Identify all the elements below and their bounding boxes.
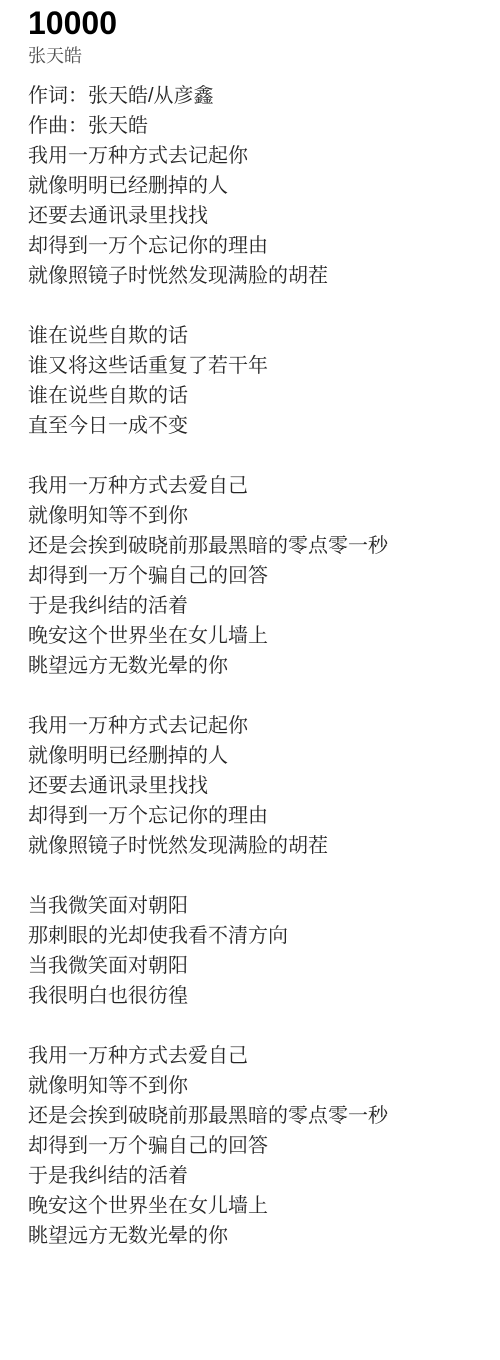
lyric-line: 我用一万种方式去爱自己 [28, 471, 470, 501]
lyric-line: 就像明明已经删掉的人 [28, 171, 470, 201]
verse-spacer [28, 441, 470, 471]
lyric-line: 还是会挨到破晓前那最黑暗的零点零一秒 [28, 1101, 470, 1131]
lyric-line: 谁又将这些话重复了若干年 [28, 351, 470, 381]
lyrics-page: 10000 张天皓 作词：张天皓/从彦鑫 作曲：张天皓 我用一万种方式去记起你就… [0, 0, 500, 1360]
song-title: 10000 [28, 4, 470, 42]
verse-spacer [28, 681, 470, 711]
lyric-line: 就像明知等不到你 [28, 501, 470, 531]
lyric-line: 就像照镜子时恍然发现满脸的胡茬 [28, 261, 470, 291]
credit-composer: 作曲：张天皓 [28, 111, 470, 141]
lyric-line: 我用一万种方式去爱自己 [28, 1041, 470, 1071]
lyric-line: 直至今日一成不变 [28, 411, 470, 441]
page-content: 10000 张天皓 作词：张天皓/从彦鑫 作曲：张天皓 我用一万种方式去记起你就… [0, 0, 500, 1251]
lyric-line: 还要去通讯录里找找 [28, 201, 470, 231]
lyric-line: 还要去通讯录里找找 [28, 771, 470, 801]
lyrics-verses: 我用一万种方式去记起你就像明明已经删掉的人还要去通讯录里找找却得到一万个忘记你的… [28, 141, 470, 1251]
credit-lyricist: 作词：张天皓/从彦鑫 [28, 81, 470, 111]
lyric-line: 却得到一万个骗自己的回答 [28, 561, 470, 591]
lyric-line: 眺望远方无数光晕的你 [28, 1221, 470, 1251]
lyric-line: 就像明明已经删掉的人 [28, 741, 470, 771]
lyric-line: 谁在说些自欺的话 [28, 381, 470, 411]
lyric-line: 就像照镜子时恍然发现满脸的胡茬 [28, 831, 470, 861]
lyric-line: 却得到一万个骗自己的回答 [28, 1131, 470, 1161]
lyric-line: 谁在说些自欺的话 [28, 321, 470, 351]
lyric-line: 我用一万种方式去记起你 [28, 711, 470, 741]
lyric-line: 眺望远方无数光晕的你 [28, 651, 470, 681]
lyric-line: 还是会挨到破晓前那最黑暗的零点零一秒 [28, 531, 470, 561]
lyric-line: 于是我纠结的活着 [28, 591, 470, 621]
lyric-line: 却得到一万个忘记你的理由 [28, 231, 470, 261]
lyric-line: 那刺眼的光却使我看不清方向 [28, 921, 470, 951]
verse-spacer [28, 1011, 470, 1041]
verse-spacer [28, 291, 470, 321]
lyric-line: 当我微笑面对朝阳 [28, 951, 470, 981]
artist-name: 张天皓 [28, 44, 470, 68]
lyric-line: 却得到一万个忘记你的理由 [28, 801, 470, 831]
lyric-line: 我很明白也很彷徨 [28, 981, 470, 1011]
verse-spacer [28, 861, 470, 891]
lyric-line: 于是我纠结的活着 [28, 1161, 470, 1191]
lyric-line: 我用一万种方式去记起你 [28, 141, 470, 171]
lyric-line: 就像明知等不到你 [28, 1071, 470, 1101]
lyric-line: 晚安这个世界坐在女儿墙上 [28, 1191, 470, 1221]
lyrics-block: 作词：张天皓/从彦鑫 作曲：张天皓 我用一万种方式去记起你就像明明已经删掉的人还… [28, 81, 470, 1251]
lyric-line: 当我微笑面对朝阳 [28, 891, 470, 921]
lyric-line: 晚安这个世界坐在女儿墙上 [28, 621, 470, 651]
